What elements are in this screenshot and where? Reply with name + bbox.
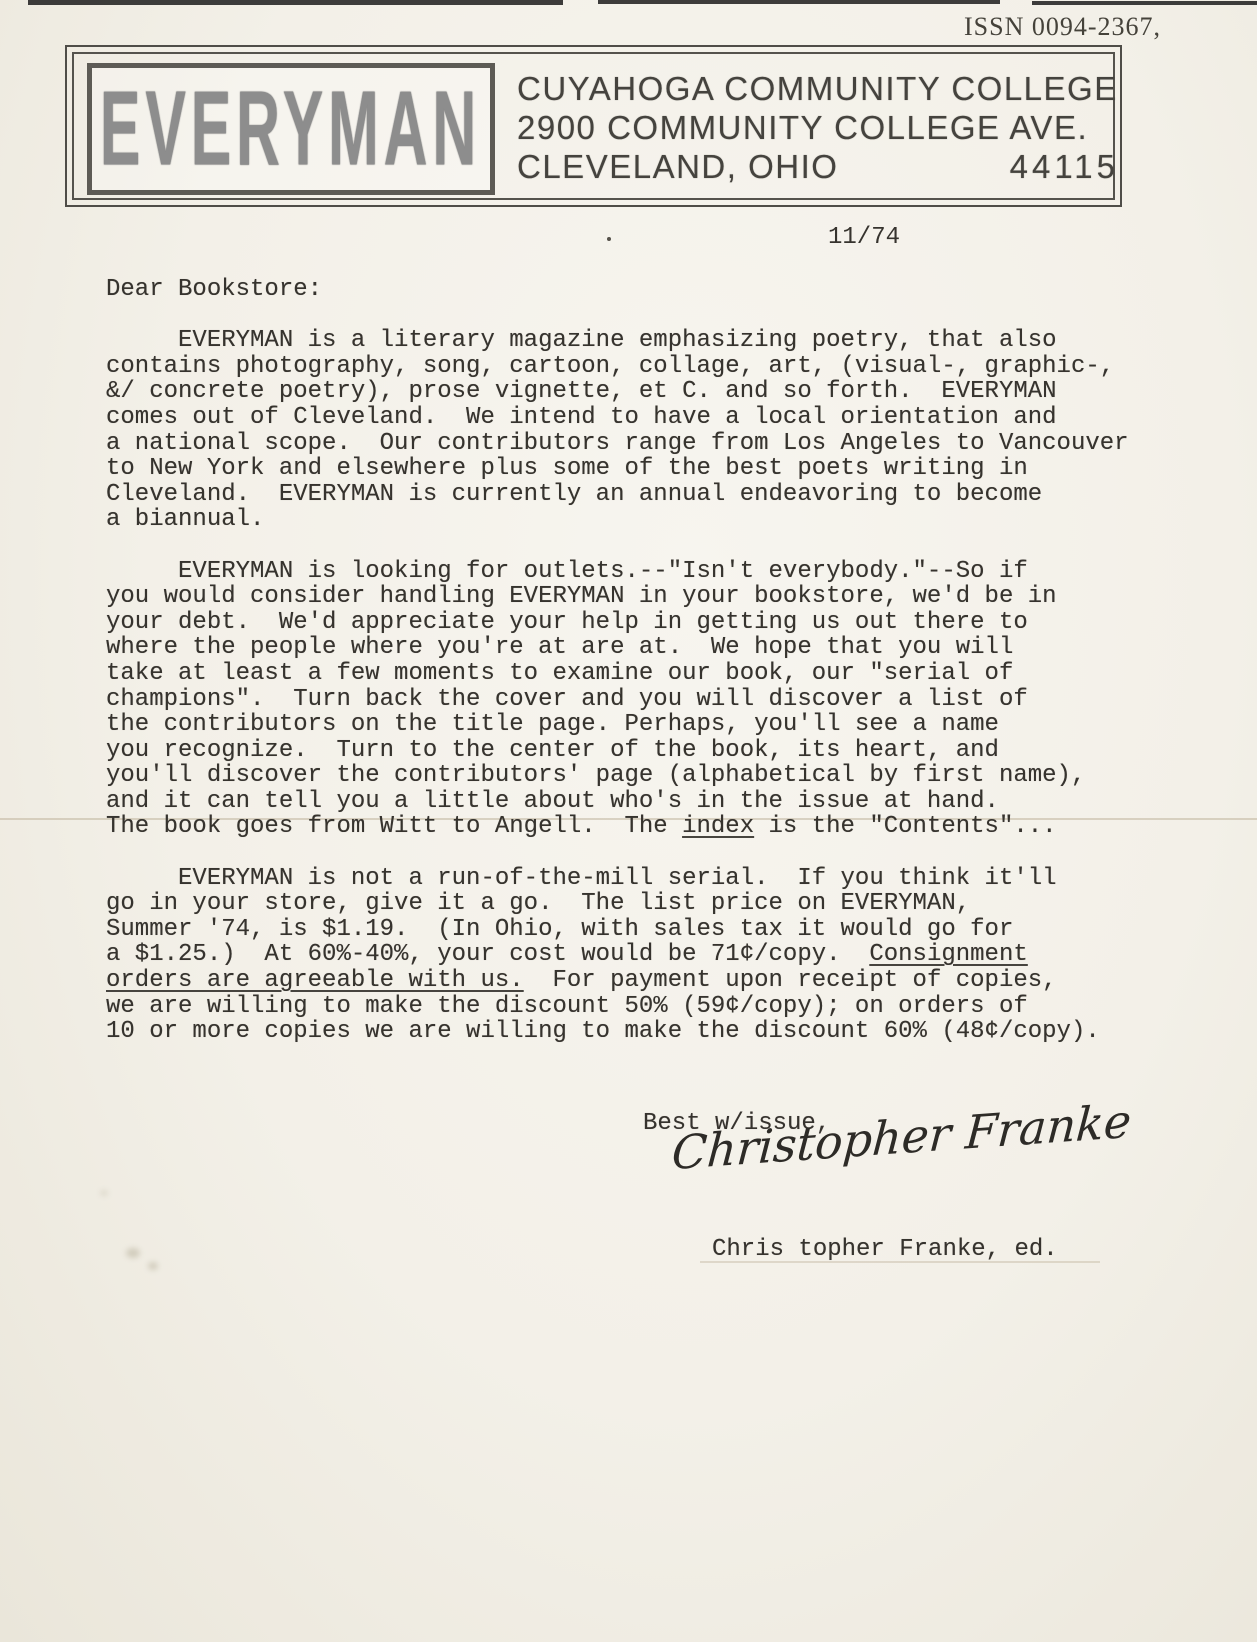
typed-line: EVERYMAN is not a run-of-the-mill serial… bbox=[106, 866, 1129, 892]
typed-line: &/ concrete poetry), prose vignette, et … bbox=[106, 379, 1129, 405]
street-address: 2900 COMMUNITY COLLEGE AVE. bbox=[517, 108, 1119, 147]
letter-date: 11/74 bbox=[828, 224, 900, 251]
typed-signoff: Chris topher Franke, ed. bbox=[712, 1236, 1058, 1263]
typed-line: The book goes from Witt to Angell. The i… bbox=[106, 814, 1129, 840]
typed-line: you recognize. Turn to the center of the… bbox=[106, 738, 1129, 764]
letter-body: Dear Bookstore: EVERYMAN is a literary m… bbox=[106, 277, 1129, 1045]
smudge-mark bbox=[148, 1262, 158, 1270]
typed-line: a $1.25.) At 60%-40%, your cost would be… bbox=[106, 942, 1129, 968]
typed-line: you would consider handling EVERYMAN in … bbox=[106, 584, 1129, 610]
underlined-text: index bbox=[682, 813, 754, 840]
typed-line: a biannual. bbox=[106, 507, 1129, 533]
smudge-mark bbox=[100, 1190, 108, 1196]
paragraph: EVERYMAN is looking for outlets.--"Isn't… bbox=[106, 559, 1129, 841]
typed-line: take at least a few moments to examine o… bbox=[106, 661, 1129, 687]
paragraph: EVERYMAN is not a run-of-the-mill serial… bbox=[106, 866, 1129, 1045]
typed-line: EVERYMAN is a literary magazine emphasiz… bbox=[106, 328, 1129, 354]
typed-line: Summer '74, is $1.19. (In Ohio, with sal… bbox=[106, 917, 1129, 943]
stray-typed-dot bbox=[607, 237, 611, 241]
typed-line: you'll discover the contributors' page (… bbox=[106, 763, 1129, 789]
typed-line: contains photography, song, cartoon, col… bbox=[106, 354, 1129, 380]
scan-artifact-top-edge bbox=[598, 0, 1000, 4]
city-state: CLEVELAND, OHIO bbox=[517, 147, 838, 186]
typed-line: where the people where you're at are at.… bbox=[106, 635, 1129, 661]
underlined-text: Consignment bbox=[869, 941, 1027, 968]
city-zip-row: CLEVELAND, OHIO 44115 bbox=[517, 147, 1119, 186]
letter-paragraphs: EVERYMAN is a literary magazine emphasiz… bbox=[106, 328, 1129, 1045]
typed-line: champions". Turn back the cover and you … bbox=[106, 687, 1129, 713]
scan-artifact-top-edge bbox=[28, 0, 563, 5]
smudge-mark bbox=[126, 1248, 140, 1258]
salutation: Dear Bookstore: bbox=[106, 277, 1129, 303]
zip-code: 44115 bbox=[1010, 147, 1119, 186]
typed-line: 10 or more copies we are willing to make… bbox=[106, 1019, 1129, 1045]
typed-line: go in your store, give it a go. The list… bbox=[106, 891, 1129, 917]
everyman-logo: EVERYMAN bbox=[100, 69, 481, 190]
typed-line: and it can tell you a little about who's… bbox=[106, 789, 1129, 815]
typed-line: orders are agreeable with us. For paymen… bbox=[106, 968, 1129, 994]
paragraph: EVERYMAN is a literary magazine emphasiz… bbox=[106, 328, 1129, 533]
typed-line: comes out of Cleveland. We intend to hav… bbox=[106, 405, 1129, 431]
letterhead-address: CUYAHOGA COMMUNITY COLLEGE 2900 COMMUNIT… bbox=[517, 69, 1119, 186]
scan-artifact-top-edge bbox=[1032, 1, 1257, 5]
issn-number: ISSN 0094-2367, bbox=[964, 12, 1161, 42]
typed-line: EVERYMAN is looking for outlets.--"Isn't… bbox=[106, 559, 1129, 585]
typed-line: a national scope. Our contributors range… bbox=[106, 431, 1129, 457]
typed-line: Cleveland. EVERYMAN is currently an annu… bbox=[106, 482, 1129, 508]
scanned-letter-page: ISSN 0094-2367, EVERYMAN CUYAHOGA COMMUN… bbox=[0, 0, 1257, 1642]
typed-line: the contributors on the title page. Perh… bbox=[106, 712, 1129, 738]
typed-line: we are willing to make the discount 50% … bbox=[106, 994, 1129, 1020]
typed-line: to New York and elsewhere plus some of t… bbox=[106, 456, 1129, 482]
underlined-text: orders are agreeable with us. bbox=[106, 967, 524, 994]
typed-line: your debt. We'd appreciate your help in … bbox=[106, 610, 1129, 636]
institution-name: CUYAHOGA COMMUNITY COLLEGE bbox=[517, 69, 1119, 108]
everyman-logo-box: EVERYMAN bbox=[87, 63, 495, 195]
letterhead-box: EVERYMAN CUYAHOGA COMMUNITY COLLEGE 2900… bbox=[65, 45, 1122, 207]
